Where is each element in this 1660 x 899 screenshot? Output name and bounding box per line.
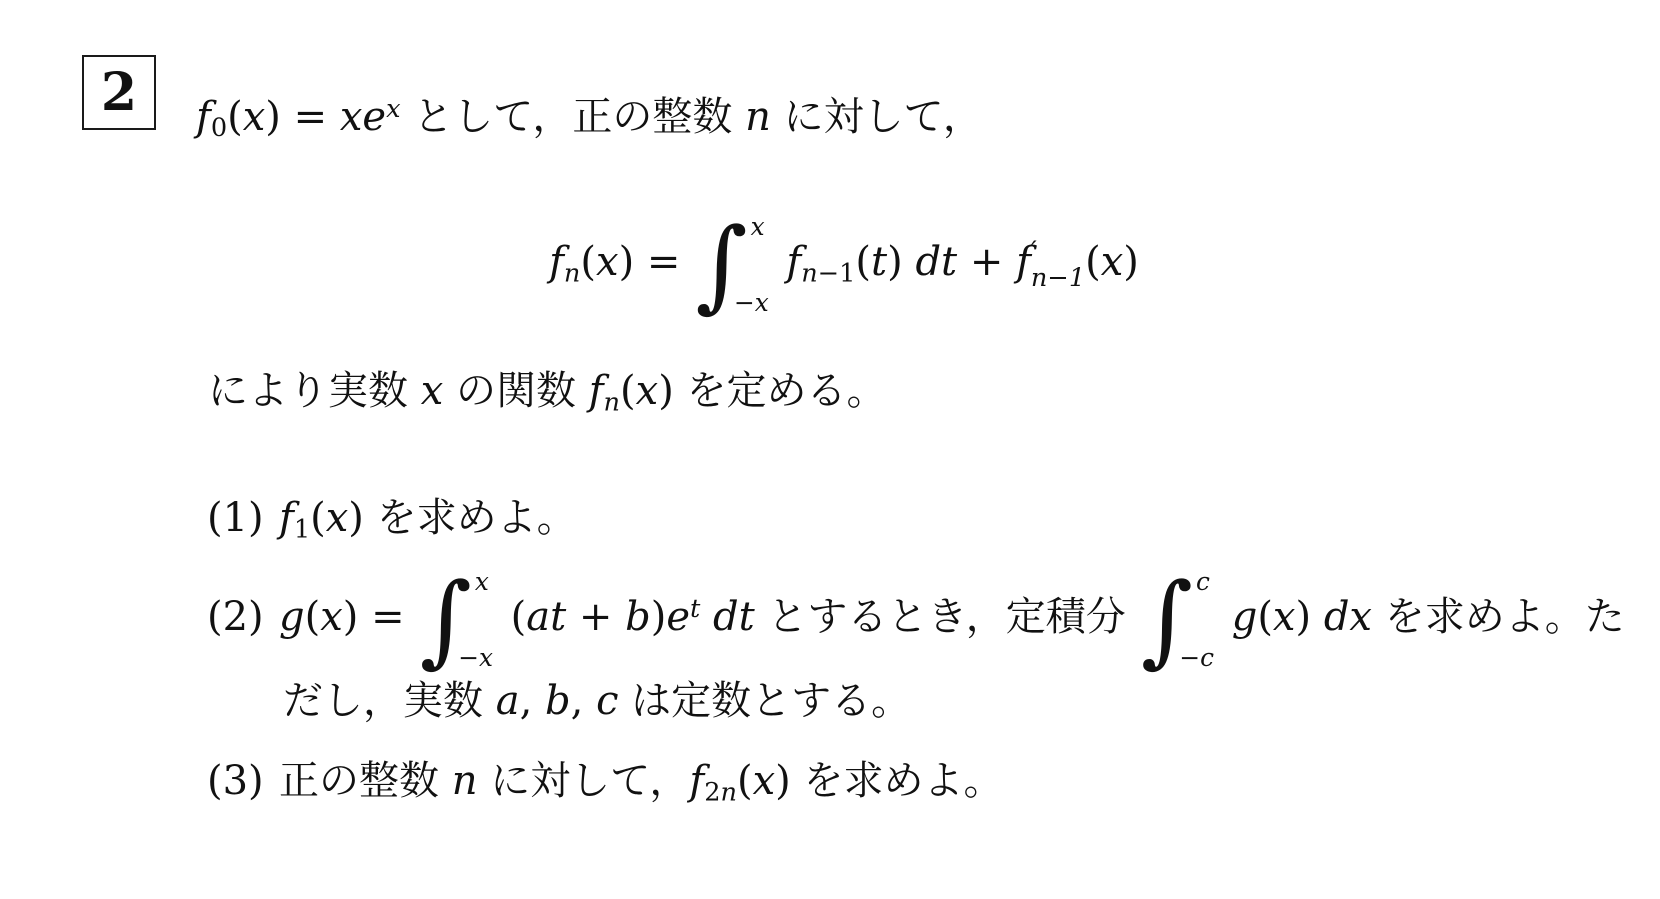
math-token: x [243, 94, 266, 140]
math-token: n [801, 258, 817, 288]
math-token: dt [713, 594, 755, 640]
math-token: ( [580, 239, 596, 285]
problem-number: 2 [101, 67, 137, 119]
math-token: a [496, 678, 520, 724]
math-token: f [1016, 239, 1031, 285]
math-token: f [589, 368, 604, 414]
math-token: ) [1123, 239, 1139, 285]
math-token: を求めよ。 [364, 495, 577, 541]
math-token: ( [1257, 594, 1273, 640]
integral-lower-limit: −x [458, 646, 493, 671]
math-token: により実数 [208, 368, 421, 414]
integral-limits: c−c [1193, 567, 1228, 672]
math-token: ( [737, 758, 753, 804]
math-token: g [279, 594, 305, 640]
math-token: は定数とする。 [618, 678, 911, 724]
item-2-text-line-1: g(x) = ∫x−x(at + b)et dt とするとき，定積分 ∫c−cg… [279, 594, 1625, 640]
math-token: x [320, 594, 343, 640]
document-page: 2 f0(x) = xex として，正の整数 n に対して， fn(x) = ∫… [0, 0, 1660, 899]
display-equation-content: fn(x) = ∫x−xfn−1(t) dt + f′n−1(x) [549, 239, 1139, 285]
item-2-text-line-2: だし，実数 a, b, c は定数とする。 [283, 675, 911, 727]
math-token: at [526, 594, 566, 640]
math-token: f [689, 758, 704, 804]
math-token: ( [227, 94, 243, 140]
math-token: ( [855, 239, 871, 285]
integral-lower-limit: −x [734, 291, 769, 316]
math-token: ) [651, 594, 667, 640]
math-token: , [520, 678, 545, 724]
math-token: + [957, 239, 1016, 285]
math-token: f [196, 94, 211, 140]
item-3: (3)正の整数 n に対して，f2n(x) を求めよ。 [207, 755, 1004, 818]
math-token: を定める。 [674, 368, 887, 414]
item-1-label: (1) [207, 492, 279, 544]
integral-upper-limit: x [475, 570, 489, 595]
math-token: に対して， [771, 94, 983, 140]
math-token: f [549, 239, 564, 285]
math-token: n [604, 387, 620, 417]
math-token: を求めよ。た [1372, 594, 1625, 640]
math-token: f [279, 495, 294, 541]
math-token: ) [658, 368, 674, 414]
display-equation: fn(x) = ∫x−xfn−1(t) dt + f′n−1(x) [0, 212, 1660, 317]
math-token: x [1273, 594, 1296, 640]
math-token: b [545, 678, 571, 724]
item-2-label: (2) [207, 591, 279, 643]
integral: ∫x−x [696, 212, 783, 317]
math-token: ( [1085, 239, 1101, 285]
integral-lower-limit: −c [1179, 646, 1214, 671]
integral-upper-limit: c [1196, 570, 1210, 595]
item-1: (1)f1(x) を求めよ。 [207, 492, 577, 555]
math-token: 1 [294, 514, 310, 544]
integral-limits: x−x [472, 567, 507, 672]
math-token: ) = [343, 594, 418, 640]
math-token: x [326, 495, 349, 541]
math-token: x [636, 368, 659, 414]
math-token: xe [340, 94, 386, 140]
prime-mark: ′ [1031, 238, 1037, 265]
math-token: の関数 [443, 368, 588, 414]
integral-limits: x−x [748, 212, 783, 317]
math-token: ) [348, 495, 364, 541]
problem-number-box: 2 [82, 55, 156, 130]
math-token: ( [620, 368, 636, 414]
math-token: 正の整数 [279, 758, 452, 804]
math-token: ) = [265, 94, 340, 140]
math-token: とするとき，定積分 [755, 594, 1139, 640]
math-token: x [753, 758, 776, 804]
math-token: + [566, 594, 625, 640]
item-2: (2)g(x) = ∫x−x(at + b)et dt とするとき，定積分 ∫c… [207, 567, 1625, 672]
math-token: g [1232, 594, 1258, 640]
math-token: f [786, 239, 801, 285]
integral-upper-limit: x [751, 215, 765, 240]
math-token: ) [1295, 594, 1323, 640]
math-token [700, 594, 713, 640]
math-token: x [596, 239, 619, 285]
definition-sentence: により実数 x の関数 fn(x) を定める。 [208, 365, 887, 428]
math-token: として，正の整数 [401, 94, 746, 140]
math-token: dt [915, 239, 957, 285]
math-token: ) [887, 239, 915, 285]
math-token: x [1101, 239, 1124, 285]
subscript: n−1 [1031, 265, 1085, 292]
math-token: c [596, 678, 618, 724]
item-1-text: f1(x) を求めよ。 [279, 495, 577, 541]
math-token: ) = [619, 239, 694, 285]
integral: ∫x−x [420, 567, 507, 672]
math-token: ( [305, 594, 321, 640]
math-token: を求めよ。 [791, 758, 1004, 804]
math-token: −1 [818, 258, 856, 288]
math-token: ( [310, 495, 326, 541]
math-token: 0 [211, 113, 227, 143]
math-token: , [571, 678, 596, 724]
math-token: ( [511, 594, 527, 640]
math-token: n [452, 758, 478, 804]
math-token: t [690, 594, 700, 624]
math-token: x [421, 368, 444, 414]
math-token: x [386, 94, 400, 124]
math-token: n [721, 777, 737, 807]
math-token: b [625, 594, 651, 640]
math-token: t [871, 239, 887, 285]
math-token: 2 [704, 777, 720, 807]
math-token: dx [1324, 594, 1372, 640]
math-token: n [564, 258, 580, 288]
math-token: ) [775, 758, 791, 804]
item-3-label: (3) [207, 755, 279, 807]
intro-sentence: f0(x) = xex として，正の整数 n に対して， [196, 83, 983, 154]
integral: ∫c−c [1141, 567, 1228, 672]
item-3-text: 正の整数 n に対して，f2n(x) を求めよ。 [279, 758, 1004, 804]
math-token: に対して， [477, 758, 689, 804]
sup-sub-stack: ′n−1 [1031, 238, 1085, 292]
math-token: n [745, 94, 771, 140]
math-token: だし，実数 [283, 678, 496, 724]
math-token: e [666, 594, 690, 640]
